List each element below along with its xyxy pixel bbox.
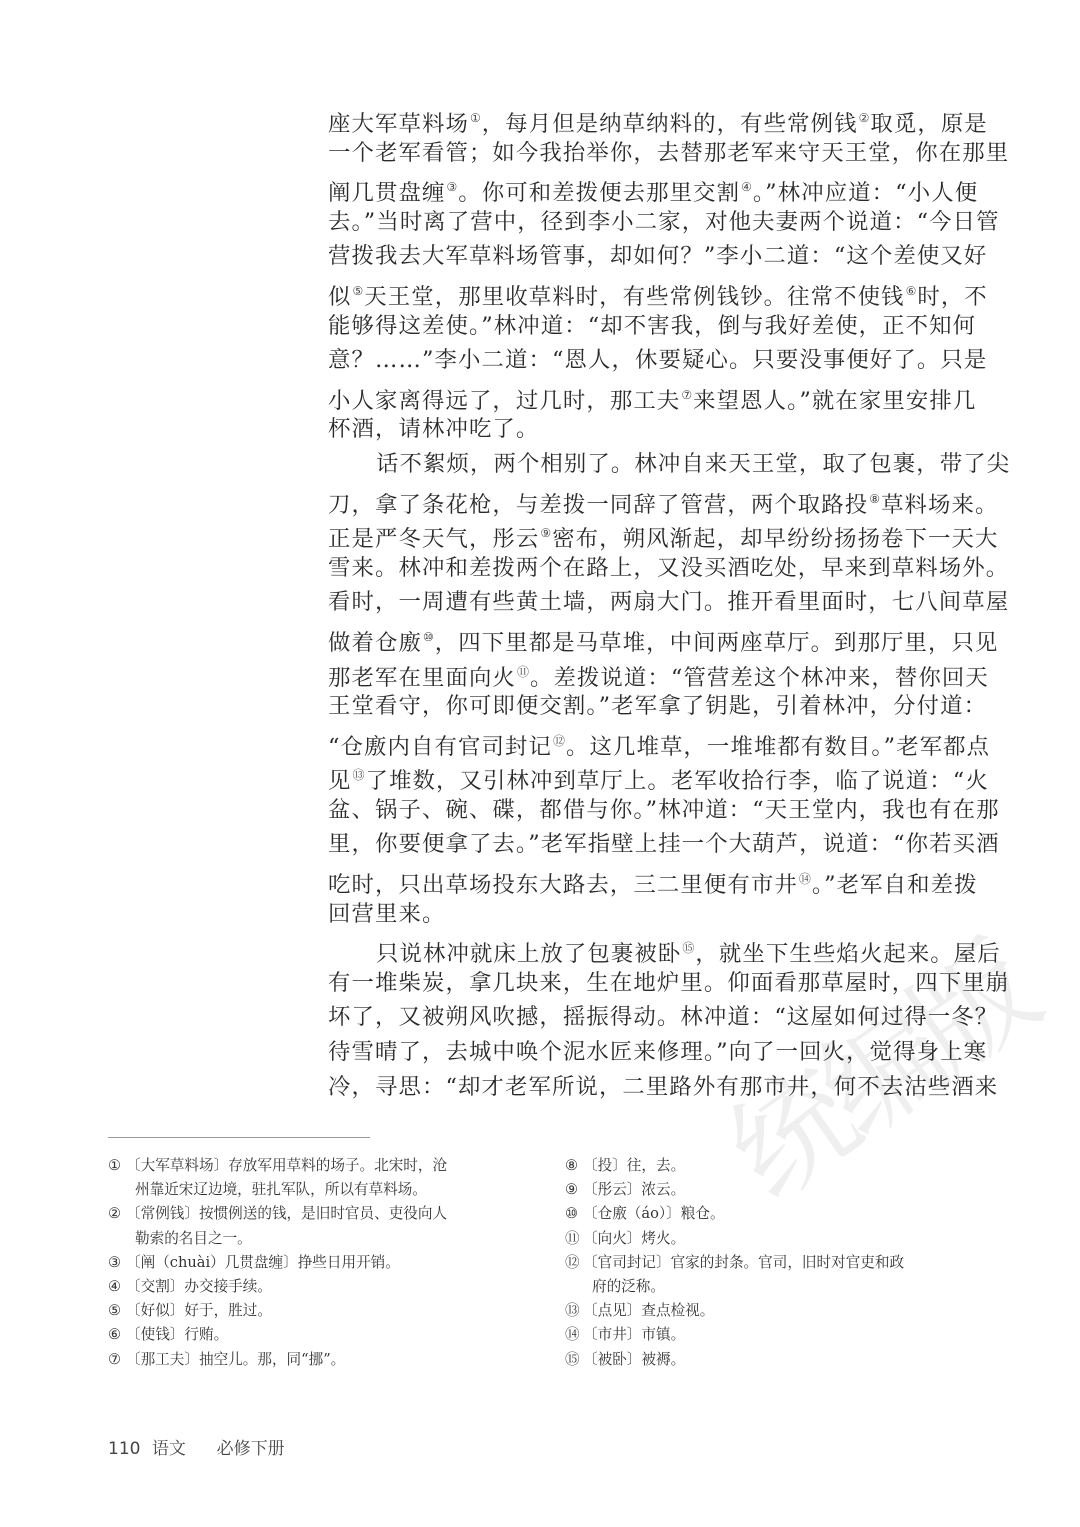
text-run: 回营里来。 — [328, 901, 445, 927]
text-line: 盆、锅子、碗、碟，都借与你。”林冲道：“天王堂内，我也有在那 — [328, 793, 962, 828]
text-run: 杯酒，请林冲吃了。 — [328, 416, 539, 442]
page-number: 110 — [108, 1439, 140, 1459]
footnote-term: 〔好似〕 — [126, 1302, 184, 1319]
text-run: 天王堂，那里收草料时，有些常例钱钞。往常不使钱 — [364, 284, 904, 310]
footnote-term: 〔彤云〕 — [583, 1181, 641, 1198]
text-line: 里，你要便拿了去。”老军指壁上挂一个大葫芦，说道：“你若买酒 — [328, 827, 962, 862]
footnote-number: ⑥ — [108, 1323, 126, 1347]
text-line: 营拨我去大军草料场管事，却如何？”李小二道：“这个差使又好 — [328, 239, 962, 274]
footnote-definition: 办交接手续。 — [184, 1278, 272, 1295]
footnote-item: ⑬〔点见〕查点检视。 — [565, 1299, 965, 1323]
text-run: 营拨我去大军草料场管事，却如何？”李小二道：“这个差使又好 — [328, 243, 987, 269]
text-run: 一个老军看管；如今我抬举你，去替那老军来守天王堂，你在那里 — [328, 140, 1009, 166]
text-run: 。”林冲应道：“小人便 — [753, 180, 978, 206]
text-run: 。差拨说道：“管营差这个林冲来，替你回天 — [530, 665, 989, 691]
footnote-term: 〔那工夫〕 — [126, 1351, 199, 1368]
footnote-marker[interactable]: ⑨ — [540, 526, 551, 540]
text-run: 似 — [328, 284, 352, 310]
footnote-item: ⑩〔仓廒（áo）〕粮仓。 — [565, 1202, 965, 1226]
text-run: 座大军草料场 — [328, 111, 469, 137]
text-line: 有一堆柴炭，拿几块来，生在地炉里。仰面看那草屋时，四下里崩 — [328, 966, 962, 1001]
text-run: 雪来。林冲和差拨两个在路上，又没买酒吃处，早来到草料场外。 — [328, 555, 1009, 581]
text-line: “仓廒内自有官司封记⑫。这几堆草，一堆堆都有数目。”老军都点 — [328, 724, 962, 759]
text-run: 能够得这差使。”林冲道：“却不害我，倒与我好差使，正不知何 — [328, 313, 976, 339]
text-line: 冷，寻思：“却才老军所说，二里路外有那市井，何不去沽些酒来 — [328, 1070, 962, 1105]
footnote-number: ⑨ — [565, 1178, 583, 1202]
footnote-item: ⑭〔市井〕市镇。 — [565, 1323, 965, 1347]
footnote-term: 〔被卧〕 — [583, 1351, 641, 1368]
text-line: 王堂看守，你可即便交割。”老军拿了钥匙，引着林冲，分付道： — [328, 689, 962, 724]
text-line: 一个老军看管；如今我抬举你，去替那老军来守天王堂，你在那里 — [328, 136, 962, 171]
text-run: 盆、锅子、碗、碟，都借与你。”林冲道：“天王堂内，我也有在那 — [328, 797, 1000, 823]
footnote-marker[interactable]: ⑤ — [353, 284, 364, 298]
footnote-number: ① — [108, 1154, 126, 1178]
text-run: 。你可和差拨便去那里交割 — [458, 180, 740, 206]
footnote-term: 〔阐（chuài）几贯盘缠〕 — [126, 1254, 298, 1271]
footnote-definition: 府的泛称。 — [565, 1275, 965, 1299]
text-line: 意？……”李小二道：“恩人，休要疑心。只要没事便好了。只是 — [328, 343, 962, 378]
text-run: 里，你要便拿了去。”老军指壁上挂一个大葫芦，说道：“你若买酒 — [328, 831, 1000, 857]
text-line: 小人家离得远了，过几时，那工夫⑦来望恩人。”就在家里安排几 — [328, 378, 962, 413]
text-line: 回营里来。 — [328, 897, 962, 932]
text-run: 看时，一周遭有些黄土墙，两扇大门。推开看里面时，七八间草屋 — [328, 589, 1009, 615]
footnote-item: ⑦〔那工夫〕抽空儿。那，同“挪”。 — [108, 1348, 508, 1372]
footnote-term: 〔大军草料场〕 — [126, 1157, 228, 1174]
text-run: 刀，拿了条花枪，与差拨一同辞了管营，两个取路投 — [328, 492, 868, 518]
footnote-number: ⑧ — [565, 1154, 583, 1178]
footnotes-left-column: ①〔大军草料场〕存放军用草料的场子。北宋时，沧州靠近宋辽边境，驻扎军队，所以有草… — [108, 1154, 508, 1372]
footnote-item: ⑧〔投〕往，去。 — [565, 1154, 965, 1178]
footnote-term: 〔向火〕 — [583, 1230, 641, 1247]
footnote-term: 〔常例钱〕 — [126, 1205, 199, 1222]
footnote-term: 〔点见〕 — [583, 1302, 641, 1319]
footnote-definition: 行贿。 — [184, 1326, 228, 1343]
text-line: 座大军草料场①，每月但是纳草纳料的，有些常例钱②取觅，原是 — [328, 101, 962, 136]
text-line: 吃时，只出草场投东大路去，三二里便有市井⑭。”老军自和差拨 — [328, 862, 962, 897]
footnote-definition: 粮仓。 — [681, 1205, 725, 1222]
footnote-definition: 烤火。 — [641, 1230, 685, 1247]
footnote-number: ⑭ — [565, 1323, 583, 1347]
text-line: 去。”当时离了营中，径到李小二家，对他夫妻两个说道：“今日管 — [328, 205, 962, 240]
text-run: ，就坐下生些焰火起来。屋后 — [695, 941, 1000, 967]
text-run: 草料场来。 — [881, 492, 998, 518]
text-line: 那老军在里面向火⑪。差拨说道：“管营差这个林冲来，替你回天 — [328, 655, 962, 690]
footnote-term: 〔投〕 — [583, 1157, 627, 1174]
footnote-item: ③〔阐（chuài）几贯盘缠〕挣些日用开销。 — [108, 1251, 508, 1275]
volume-label: 必修下册 — [217, 1439, 285, 1459]
footnote-definition: 按惯例送的钱，是旧时官员、吏役向人 — [199, 1205, 447, 1222]
text-run: 话不絮烦，两个相别了。林冲自来天王堂，取了包裹，带了尖 — [376, 451, 1010, 477]
footnote-number: ③ — [108, 1251, 126, 1275]
text-run: 冷，寻思：“却才老军所说，二里路外有那市井，何不去沽些酒来 — [328, 1074, 998, 1100]
textbook-page: 统编版 座大军草料场①，每月但是纳草纳料的，有些常例钱②取觅，原是一个老军看管；… — [0, 0, 1080, 1527]
footnote-marker[interactable]: ② — [859, 111, 870, 125]
footnote-item: ⑤〔好似〕好于，胜过。 — [108, 1299, 508, 1323]
text-run: 正是严冬天气，彤云 — [328, 526, 539, 552]
text-run: 王堂看守，你可即便交割。”老军拿了钥匙，引着林冲，分付道： — [328, 693, 987, 719]
footnote-definition: 市镇。 — [641, 1326, 685, 1343]
footnote-number: ⑩ — [565, 1202, 583, 1226]
text-run: 取觅，原是 — [870, 111, 987, 137]
footnote-marker[interactable]: ⑫ — [553, 734, 565, 748]
text-line: 似⑤天王堂，那里收草料时，有些常例钱钞。往常不使钱⑥时，不 — [328, 274, 962, 309]
footnote-definition: 挣些日用开销。 — [298, 1254, 400, 1271]
footnote-number: ② — [108, 1202, 126, 1226]
footnote-marker[interactable]: ⑩ — [423, 630, 434, 644]
footnote-definition: 被褥。 — [641, 1351, 685, 1368]
footnote-marker[interactable]: ④ — [741, 180, 752, 194]
footnote-number: ⑮ — [565, 1348, 583, 1372]
footnote-item: ⑮〔被卧〕被褥。 — [565, 1348, 965, 1372]
footnotes-right-column: ⑧〔投〕往，去。⑨〔彤云〕浓云。⑩〔仓廒（áo）〕粮仓。⑪〔向火〕烤火。⑫〔官司… — [565, 1154, 965, 1372]
text-run: 来望恩人。”就在家里安排几 — [693, 388, 976, 414]
text-line: 话不絮烦，两个相别了。林冲自来天王堂，取了包裹，带了尖 — [328, 447, 962, 482]
footnote-definition: 查点检视。 — [641, 1302, 714, 1319]
footnote-term: 〔仓廒（áo）〕 — [583, 1205, 681, 1222]
text-line: 只说林冲就床上放了包裹被卧⑮，就坐下生些焰火起来。屋后 — [328, 931, 962, 966]
footnote-number: ⑤ — [108, 1299, 126, 1323]
footnote-marker[interactable]: ① — [470, 111, 481, 125]
footnote-term: 〔交割〕 — [126, 1278, 184, 1295]
text-run: 吃时，只出草场投东大路去，三二里便有市井 — [328, 872, 798, 898]
text-run: 去。”当时离了营中，径到李小二家，对他夫妻两个说道：“今日管 — [328, 209, 1000, 235]
text-line: 做着仓廒⑩，四下里都是马草堆，中间两座草厅。到那厅里，只见 — [328, 620, 962, 655]
footnote-item: ⑨〔彤云〕浓云。 — [565, 1178, 965, 1202]
text-line: 能够得这差使。”林冲道：“却不害我，倒与我好差使，正不知何 — [328, 309, 962, 344]
footnote-item: ②〔常例钱〕按惯例送的钱，是旧时官员、吏役向人勒索的名目之一。 — [108, 1202, 508, 1250]
text-run: 坏了，又被朔风吹撼，摇振得动。林冲道：“这屋如何过得一冬？ — [328, 1004, 998, 1030]
main-text-column: 座大军草料场①，每月但是纳草纳料的，有些常例钱②取觅，原是一个老军看管；如今我抬… — [328, 101, 962, 1104]
text-run: 只说林冲就床上放了包裹被卧 — [376, 941, 681, 967]
text-line: 阐几贯盘缠③。你可和差拨便去那里交割④。”林冲应道：“小人便 — [328, 170, 962, 205]
footnote-item: ①〔大军草料场〕存放军用草料的场子。北宋时，沧州靠近宋辽边境，驻扎军队，所以有草… — [108, 1154, 508, 1202]
footnote-definition: 存放军用草料的场子。北宋时，沧 — [228, 1157, 447, 1174]
text-run: 做着仓廒 — [328, 630, 422, 656]
footnote-marker[interactable]: ⑦ — [681, 388, 692, 402]
footnote-number: ⑪ — [565, 1227, 583, 1251]
text-run: 待雪晴了，去城中唤个泥水匠来修理。”向了一回火，觉得身上寒 — [328, 1039, 987, 1065]
footnote-number: ⑬ — [565, 1299, 583, 1323]
text-run: 阐几贯盘缠 — [328, 180, 445, 206]
footnote-number: ⑦ — [108, 1348, 126, 1372]
footnote-marker[interactable]: ⑧ — [869, 492, 880, 506]
footnote-marker[interactable]: ⑭ — [799, 872, 811, 886]
text-run: “仓廒内自有官司封记 — [328, 734, 552, 760]
text-run: 。这几堆草，一堆堆都有数目。”老军都点 — [566, 734, 990, 760]
footnote-definition: 好于，胜过。 — [184, 1302, 272, 1319]
text-line: 待雪晴了，去城中唤个泥水匠来修理。”向了一回火，觉得身上寒 — [328, 1035, 962, 1070]
text-line: 杯酒，请林冲吃了。 — [328, 412, 962, 447]
footnote-number: ⑫ — [565, 1251, 583, 1275]
footnote-marker[interactable]: ③ — [446, 180, 457, 194]
footnote-definition: 勒索的名目之一。 — [108, 1227, 508, 1251]
text-line: 见⑬了堆数，又引林冲到草厅上。老军收拾行李，临了说道：“火 — [328, 758, 962, 793]
footnote-definition: 往，去。 — [627, 1157, 685, 1174]
footnote-divider — [108, 1137, 370, 1138]
text-line: 刀，拿了条花枪，与差拨一同辞了管营，两个取路投⑧草料场来。 — [328, 482, 962, 517]
text-run: 那老军在里面向火 — [328, 665, 516, 691]
footnote-marker[interactable]: ⑮ — [682, 941, 694, 955]
footnote-item: ⑫〔官司封记〕官家的封条。官司，旧时对官吏和政府的泛称。 — [565, 1251, 965, 1299]
text-line: 看时，一周遭有些黄土墙，两扇大门。推开看里面时，七八间草屋 — [328, 585, 962, 620]
footnote-definition: 州靠近宋辽边境，驻扎军队，所以有草料场。 — [108, 1178, 508, 1202]
footnote-marker[interactable]: ⑬ — [353, 768, 365, 782]
footnote-marker[interactable]: ⑥ — [906, 284, 917, 298]
footnote-item: ④〔交割〕办交接手续。 — [108, 1275, 508, 1299]
footnote-term: 〔使钱〕 — [126, 1326, 184, 1343]
text-run: 见 — [328, 768, 352, 794]
footnote-item: ⑥〔使钱〕行贿。 — [108, 1323, 508, 1347]
footnote-marker[interactable]: ⑪ — [517, 665, 529, 679]
page-footer: 110 语文 必修下册 — [108, 1434, 285, 1459]
text-run: 小人家离得远了，过几时，那工夫 — [328, 388, 680, 414]
footnote-number: ④ — [108, 1275, 126, 1299]
footnote-definition: 浓云。 — [641, 1181, 685, 1198]
text-run: 密布，朔风渐起，却早纷纷扬扬卷下一天大 — [552, 526, 998, 552]
text-run: ，四下里都是马草堆，中间两座草厅。到那厅里，只见 — [435, 630, 999, 656]
text-run: 了堆数，又引林冲到草厅上。老军收拾行李，临了说道：“火 — [366, 768, 989, 794]
footnote-term: 〔官司封记〕 — [583, 1254, 671, 1271]
footnote-item: ⑪〔向火〕烤火。 — [565, 1227, 965, 1251]
footnote-definition: 抽空儿。那，同“挪”。 — [199, 1351, 345, 1368]
text-run: 意？……”李小二道：“恩人，休要疑心。只要没事便好了。只是 — [328, 347, 987, 373]
footnote-definition: 官家的封条。官司，旧时对官吏和政 — [671, 1254, 905, 1271]
subject-label: 语文 — [152, 1439, 186, 1459]
text-run: 时，不 — [917, 284, 987, 310]
text-line: 雪来。林冲和差拨两个在路上，又没买酒吃处，早来到草料场外。 — [328, 551, 962, 586]
text-run: ，每月但是纳草纳料的，有些常例钱 — [482, 111, 858, 137]
text-line: 坏了，又被朔风吹撼，摇振得动。林冲道：“这屋如何过得一冬？ — [328, 1000, 962, 1035]
footnote-term: 〔市井〕 — [583, 1326, 641, 1343]
text-run: 有一堆柴炭，拿几块来，生在地炉里。仰面看那草屋时，四下里崩 — [328, 970, 1009, 996]
text-run: 。”老军自和差拨 — [812, 872, 978, 898]
text-line: 正是严冬天气，彤云⑨密布，朔风渐起，却早纷纷扬扬卷下一天大 — [328, 516, 962, 551]
